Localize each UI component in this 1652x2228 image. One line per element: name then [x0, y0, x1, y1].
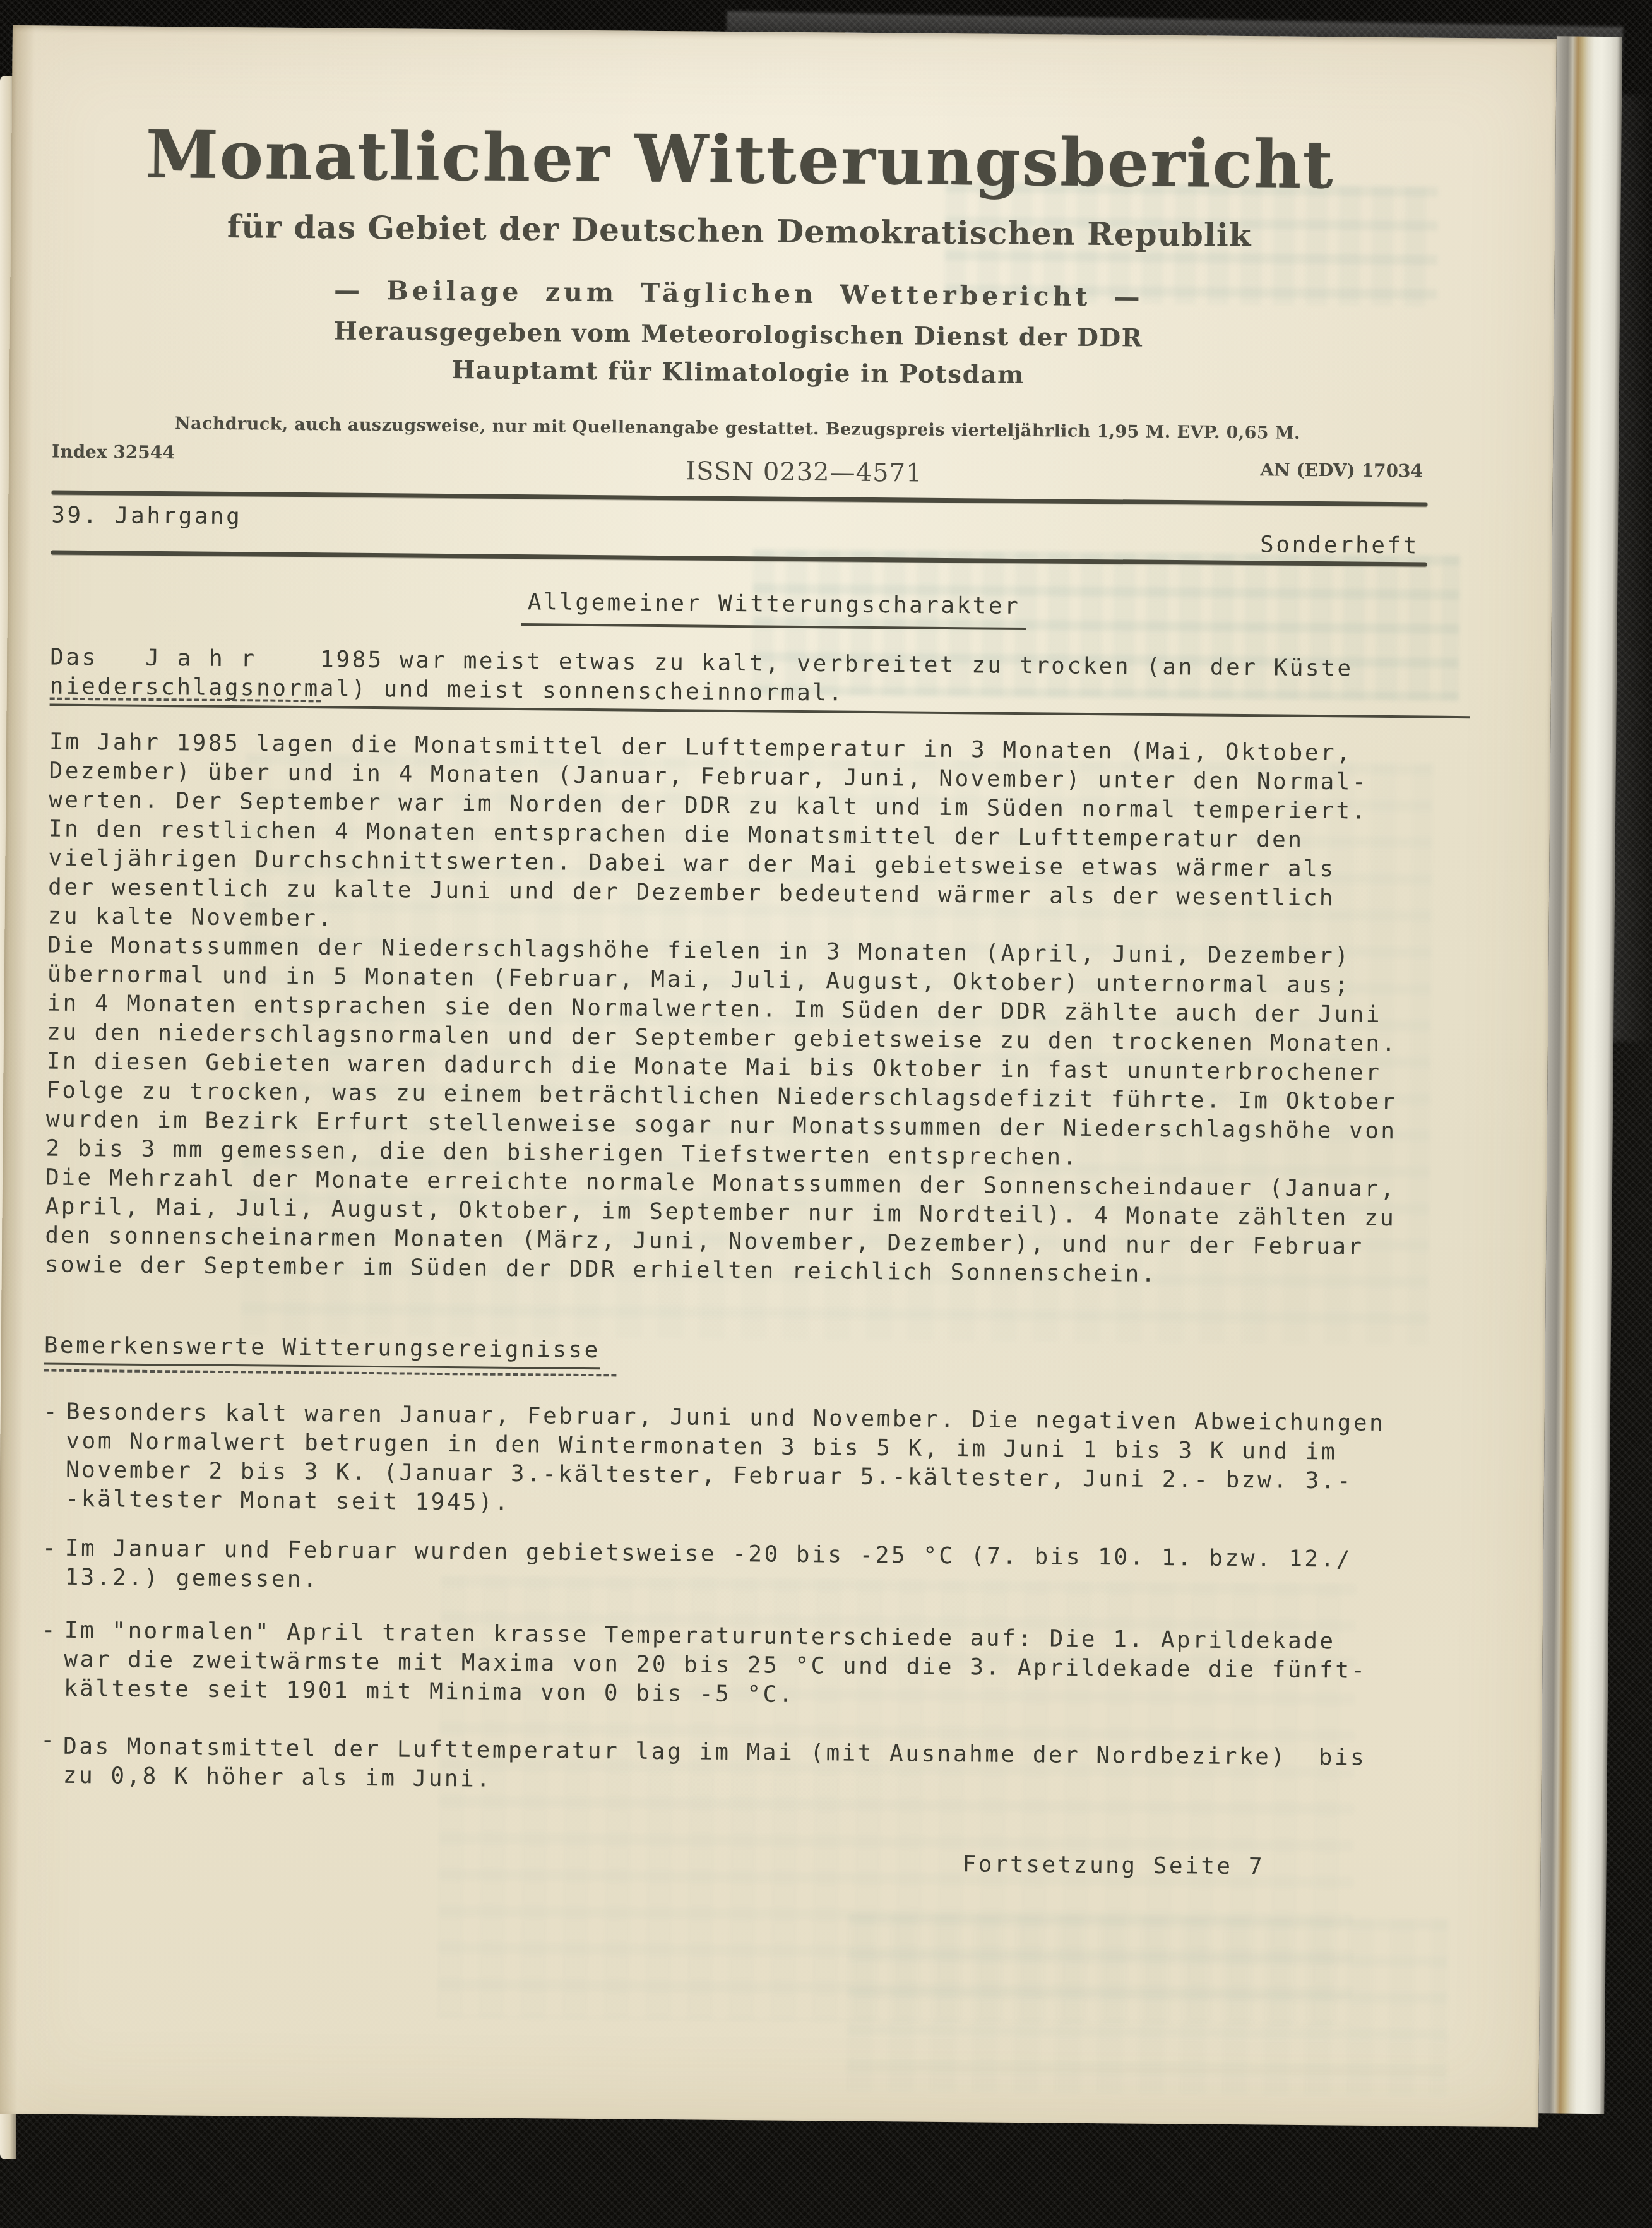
body-text: Im Jahr 1985 lagen die Monatsmittel der …: [45, 728, 1497, 1292]
bullet-dash: -: [42, 1398, 66, 1514]
issue-label: Sonderheft: [1260, 531, 1419, 561]
events-heading: Bemerkenswerte Witterungsereignisse: [44, 1331, 600, 1370]
publisher-line-1: Herausgegeben vom Meteorologischen Diens…: [53, 314, 1424, 355]
index-number: Index 32544: [52, 441, 175, 463]
paragraph: Die Monatssummen der Niederschlagshöhe f…: [45, 931, 1494, 1176]
events-section: Bemerkenswerte Witterungsereignisse - Be…: [40, 1331, 1491, 1803]
event-text: Im "normalen" April traten krasse Temper…: [64, 1616, 1489, 1716]
continuation-note: Fortsetzung Seite 7: [962, 1850, 1486, 1884]
event-item: - Besonders kalt waren Januar, Februar, …: [42, 1398, 1490, 1527]
section-title: Allgemeiner Witterungscharakter: [521, 588, 1027, 630]
an-edv-number: AN (EDV) 17034: [1260, 460, 1423, 482]
book-scan: Monatlicher Witterungsbericht für das Ge…: [0, 0, 1652, 2228]
reprint-notice: Nachdruck, auch auszugsweise, nur mit Qu…: [52, 413, 1423, 444]
publication-title: Monatlicher Witterungsbericht: [54, 26, 1427, 202]
bullet-dash: -: [42, 1534, 65, 1592]
section-title-wrap: Allgemeiner Witterungscharakter: [51, 584, 1497, 634]
bullet-dash: -: [40, 1726, 64, 1784]
page-paper: Monatlicher Witterungsbericht für das Ge…: [0, 25, 1557, 2127]
page-content: Monatlicher Witterungsbericht für das Ge…: [0, 25, 1557, 2127]
paragraph: Die Mehrzahl der Monate erreichte normal…: [45, 1164, 1493, 1292]
event-text: Im Januar und Februar wurden gebietsweis…: [64, 1534, 1489, 1605]
event-text: Das Monatsmittel der Lufttemperatur lag …: [63, 1732, 1488, 1803]
supplement-line: — Beilage zum Täglichen Wetterbericht —: [53, 273, 1424, 315]
event-item: - Das Monatsmittel der Lufttemperatur la…: [40, 1732, 1488, 1803]
volume-label: 39. Jahrgang: [51, 501, 242, 532]
publication-subtitle: für das Gebiet der Deutschen Demokratisc…: [54, 206, 1425, 256]
paragraph: Im Jahr 1985 lagen die Monatsmittel der …: [47, 728, 1496, 944]
bullet-dash: -: [41, 1616, 64, 1703]
masthead: Monatlicher Witterungsbericht für das Ge…: [52, 26, 1502, 488]
issn-number: ISSN 0232—4571: [686, 457, 923, 488]
publisher-line-2: Hauptamt für Klimatologie in Potsdam: [52, 352, 1423, 393]
event-item: - Im "normalen" April traten krasse Temp…: [41, 1616, 1489, 1716]
lead-paragraph: Das J a h r 1985 war meist etwas zu kalt…: [50, 643, 1497, 714]
meta-row: Index 32544 ISSN 0232—4571 AN (EDV) 1703…: [52, 440, 1423, 487]
event-item: - Im Januar und Februar wurden gebietswe…: [42, 1534, 1489, 1605]
event-text: Besonders kalt waren Januar, Februar, Ju…: [65, 1398, 1490, 1527]
scanned-page-block: Monatlicher Witterungsbericht für das Ge…: [0, 25, 1616, 2129]
